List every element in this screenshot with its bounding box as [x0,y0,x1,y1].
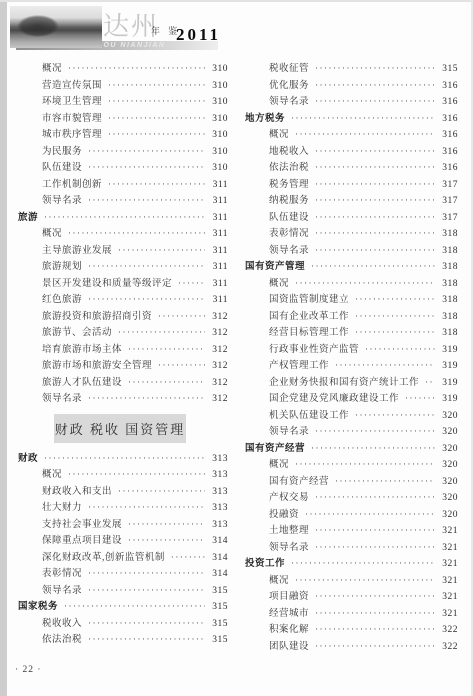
toc-entry-label: 旅游 [18,210,38,227]
dot-leader: ········································… [118,324,205,341]
toc-entry: 概况······································… [245,572,458,589]
dot-leader: ········································… [315,176,435,193]
toc-entry-page: 316 [438,160,458,177]
toc-entry-page: 312 [208,391,228,408]
page-header: DAZHOU NIANJIAN 达州 年 鉴 2011 [0,0,473,58]
toc-entry: 投融资·····································… [245,506,458,523]
toc-entry-label: 景区开发建设和质量等级评定 [42,276,172,293]
toc-entry: 土地整理····································… [245,522,458,539]
toc-entry-page: 312 [208,309,228,326]
dot-leader: ········································… [315,192,435,209]
dot-leader: ········································… [128,516,205,533]
toc-section-entry: 国有资产经营··································… [245,440,458,457]
toc-entry-label: 领导名录 [42,193,82,210]
dot-leader: ········································… [68,60,205,77]
toc-entry: 概况······································… [18,60,228,77]
dot-leader: ········································… [68,225,205,242]
toc-entry: 纳税服务····································… [245,192,458,209]
toc-entry-page: 319 [438,375,458,392]
toc-entry: 机关队伍建设工作································… [245,407,458,424]
toc-entry: 壮大财力····································… [18,499,228,516]
dot-leader: ········································… [291,555,435,572]
toc-entry-label: 依法治税 [42,632,82,649]
toc-entry: 经营城市····································… [245,605,458,622]
toc-entry-page: 321 [438,540,458,557]
toc-entry-label: 地税收入 [269,144,309,161]
toc-entry-label: 营造宣传氛围 [42,78,102,95]
toc-entry-page: 310 [208,61,228,78]
dot-leader: ········································… [88,499,205,516]
landscape-photo [10,6,102,48]
toc-entry-page: 315 [208,583,228,600]
toc-entry: 领导名录····································… [18,192,228,209]
toc-entry-label: 团队建设 [269,639,309,656]
toc-entry-label: 地方税务 [245,111,285,128]
toc-entry-label: 国有资产管理 [245,259,305,276]
toc-entry: 环境卫生管理··································… [18,93,228,110]
toc-entry: 旅游节、会活动·································… [18,324,228,341]
dot-leader: ········································… [295,126,435,143]
toc-entry: 城市秩序管理··································… [18,126,228,143]
toc-entry: 概况······································… [245,275,458,292]
toc-entry: 概况······································… [18,466,228,483]
toc-entry-page: 315 [208,616,228,633]
toc-entry: 领导名录····································… [245,242,458,259]
dot-leader: ········································… [128,532,205,549]
toc-entry-page: 321 [438,606,458,623]
toc-section-entry: 旅游······································… [18,209,228,226]
dot-leader: ········································… [88,390,205,407]
dot-leader: ········································… [44,450,205,467]
toc-entry-label: 领导名录 [269,94,309,111]
toc-section-entry: 财政······································… [18,450,228,467]
toc-section-entry: 地方税务····································… [245,110,458,127]
dot-leader: ········································… [88,615,205,632]
toc-entry: 工作机制创新··································… [18,176,228,193]
toc-entry-page: 312 [208,358,228,375]
toc-entry-label: 工作机制创新 [42,177,102,194]
dot-leader: ········································… [315,621,435,638]
toc-entry-label: 概况 [42,226,62,243]
toc-entry: 国企党建及党风廉政建设工作···························… [245,390,458,407]
dot-leader: ········································… [108,93,205,110]
scan-left-edge [0,0,7,696]
toc-entry-page: 320 [438,457,458,474]
toc-entry-page: 317 [438,210,458,227]
toc-entry-page: 316 [438,94,458,111]
toc-entry: 为民服务····································… [18,143,228,160]
dot-leader: ········································… [315,93,435,110]
dot-leader: ········································… [118,483,205,500]
toc-entry-page: 321 [438,573,458,590]
dot-leader: ········································… [315,588,435,605]
toc-entry: 旅游市场和旅游安全管理·····························… [18,357,228,374]
toc-entry: 税收征管····································… [245,60,458,77]
toc-entry-label: 深化财政改革,创新监管机制 [42,550,165,567]
toc-entry-label: 机关队伍建设工作 [269,408,349,425]
toc-entry-label: 表彰情况 [269,226,309,243]
toc-section-entry: 国有资产管理··································… [245,258,458,275]
toc-entry-page: 320 [438,474,458,491]
toc-entry-page: 311 [208,292,228,309]
toc-entry: 市容市貌管理··································… [18,110,228,127]
toc-entry: 税务管理····································… [245,176,458,193]
dot-leader: ········································… [315,423,435,440]
toc-entry: 旅游投资和旅游招商引资·····························… [18,308,228,325]
toc-entry-page: 316 [438,78,458,95]
toc-entry: 国有资产经营··································… [245,473,458,490]
dot-leader: ········································… [425,374,435,391]
toc-entry-label: 旅游规划 [42,259,82,276]
toc-entry: 行政事业性资产监管·······························… [245,341,458,358]
toc-entry-page: 318 [438,325,458,342]
toc-entry-page: 311 [208,226,228,243]
toc-entry: 支持社会事业发展································… [18,516,228,533]
toc-entry-label: 国资监管制度建立 [269,292,349,309]
toc-entry-label: 队伍建设 [269,210,309,227]
toc-entry: 产权管理工作··································… [245,357,458,374]
dot-leader: ········································… [178,275,205,292]
toc-entry-label: 项目融资 [269,589,309,606]
dot-leader: ········································… [291,110,435,127]
toc-entry-label: 领导名录 [42,391,82,408]
toc-entry-page: 322 [438,639,458,656]
toc-entry: 培育旅游市场主体································… [18,341,228,358]
dot-leader: ········································… [44,209,205,226]
toc-entry-label: 国有资产经营 [245,441,305,458]
toc-entry: 优化服务····································… [245,77,458,94]
toc-entry-page: 319 [438,391,458,408]
toc-entry-page: 320 [438,424,458,441]
toc-entry-label: 壮大财力 [42,500,82,517]
dot-leader: ········································… [311,440,435,457]
toc-entry: 保障重点项目建设································… [18,532,228,549]
toc-entry-page: 311 [208,276,228,293]
toc-entry-label: 队伍建设 [42,160,82,177]
toc-entry-page: 319 [438,342,458,359]
toc-entry-page: 311 [208,259,228,276]
toc-entry-page: 316 [438,127,458,144]
toc-entry-page: 320 [438,490,458,507]
dot-leader: ········································… [335,473,435,490]
toc-entry-label: 城市秩序管理 [42,127,102,144]
toc-entry-page: 312 [208,375,228,392]
toc-entry-label: 领导名录 [269,424,309,441]
toc-entry-page: 315 [208,599,228,616]
toc-entry-page: 319 [438,358,458,375]
toc-entry-label: 旅游市场和旅游安全管理 [42,358,152,375]
toc-entry-page: 322 [438,622,458,639]
toc-entry-label: 概况 [42,467,62,484]
toc-entry-page: 312 [208,342,228,359]
toc-entry-label: 概况 [42,61,62,78]
toc-column-left: 概况······································… [18,60,228,648]
toc-entry: 税收收入····································… [18,615,228,632]
toc-entry-page: 321 [438,523,458,540]
toc-entry-label: 税收征管 [269,61,309,78]
toc-entry-label: 土地整理 [269,523,309,540]
dot-leader: ········································… [88,192,205,209]
toc-entry-label: 行政事业性资产监管 [269,342,359,359]
toc-entry-label: 领导名录 [269,243,309,260]
toc-entry: 国资监管制度建立································… [245,291,458,308]
dot-leader: ········································… [315,242,435,259]
dot-leader: ········································… [355,407,435,424]
toc-entry-page: 310 [208,111,228,128]
toc-entry: 经营目标管理工作································… [245,324,458,341]
toc-entry-label: 企业财务快报和国有资产统计工作 [269,375,419,392]
toc-entry-label: 依法治税 [269,160,309,177]
toc-entry-page: 313 [208,500,228,517]
toc-entry-label: 表彰情况 [42,566,82,583]
dot-leader: ········································… [315,209,435,226]
dot-leader: ········································… [88,565,205,582]
toc-entry-label: 经营目标管理工作 [269,325,349,342]
toc-entry-page: 318 [438,259,458,276]
dot-leader: ········································… [88,582,205,599]
toc-entry-label: 概况 [269,573,289,590]
toc-entry-page: 321 [438,589,458,606]
toc-entry: 旅游人才队伍建设································… [18,374,228,391]
dot-leader: ········································… [315,77,435,94]
toc-entry: 国有企业改革工作································… [245,308,458,325]
toc-entry-page: 318 [438,276,458,293]
dot-leader: ········································… [295,572,435,589]
yearbook-toc-page: DAZHOU NIANJIAN 达州 年 鉴 2011 概况··········… [0,0,473,696]
toc-entry: 营造宣传氛围··································… [18,77,228,94]
toc-entry: 项目融资····································… [245,588,458,605]
part-banner: 财政 税收 国资管理 [54,414,186,443]
dot-leader: ········································… [365,341,435,358]
toc-entry-label: 财政收入和支出 [42,484,112,501]
toc-entry-page: 310 [208,127,228,144]
toc-entry-page: 320 [438,507,458,524]
toc-entry-label: 主导旅游业发展 [42,243,112,260]
toc-section-entry: 国家税务····································… [18,598,228,615]
dot-leader: ········································… [305,506,435,523]
dot-leader: ········································… [295,275,435,292]
toc-entry-label: 投资工作 [245,556,285,573]
dot-leader: ········································… [315,489,435,506]
dot-leader: ········································… [118,242,205,259]
dot-leader: ········································… [64,598,205,615]
dot-leader: ········································… [315,225,435,242]
dot-leader: ········································… [88,291,205,308]
dot-leader: ········································… [108,126,205,143]
toc-entry: 地税收入····································… [245,143,458,160]
toc-entry-page: 310 [208,160,228,177]
dot-leader: ········································… [405,390,435,407]
toc-entry: 表彰情况····································… [18,565,228,582]
toc-entry-page: 311 [208,177,228,194]
toc-entry-page: 315 [208,632,228,649]
dot-leader: ········································… [88,159,205,176]
toc-entry-page: 318 [438,309,458,326]
toc-entry: 领导名录····································… [18,390,228,407]
toc-entry: 旅游规划····································… [18,258,228,275]
dot-leader: ········································… [315,638,435,655]
toc-entry-page: 312 [208,325,228,342]
toc-entry-label: 税收收入 [42,616,82,633]
toc-entry-page: 317 [438,193,458,210]
toc-entry-page: 318 [438,243,458,260]
toc-entry-label: 积案化解 [269,622,309,639]
toc-entry-page: 316 [438,144,458,161]
toc-entry-label: 国有企业改革工作 [269,309,349,326]
toc-entry-page: 311 [208,243,228,260]
toc-entry-page: 320 [438,408,458,425]
toc-entry-label: 产权交易 [269,490,309,507]
toc-entry: 概况······································… [245,126,458,143]
dot-leader: ········································… [68,466,205,483]
toc-entry-label: 概况 [269,276,289,293]
dot-leader: ········································… [295,456,435,473]
toc-entry-page: 310 [208,94,228,111]
dot-leader: ········································… [355,291,435,308]
toc-entry-label: 经营城市 [269,606,309,623]
dot-leader: ········································… [108,110,205,127]
toc-entry-label: 旅游节、会活动 [42,325,112,342]
toc-entry: 积案化解····································… [245,621,458,638]
dot-leader: ········································… [315,159,435,176]
toc-section-entry: 投资工作····································… [245,555,458,572]
toc-entry: 主导旅游业发展·································… [18,242,228,259]
toc-entry: 队伍建设····································… [18,159,228,176]
toc-entry-page: 314 [208,566,228,583]
toc-entry: 领导名录····································… [18,582,228,599]
toc-entry-page: 313 [208,484,228,501]
part-banner-label: 财政 税收 国资管理 [55,419,186,438]
toc-entry-page: 313 [208,451,228,468]
toc-entry: 深化财政改革,创新监管机制···························… [18,549,228,566]
toc-column-right: 税收征管····································… [245,60,458,654]
dot-leader: ········································… [108,77,205,94]
toc-entry-page: 310 [208,144,228,161]
toc-entry-page: 321 [438,556,458,573]
toc-entry-label: 产权管理工作 [269,358,329,375]
toc-entry-label: 红色旅游 [42,292,82,309]
toc-entry-page: 310 [208,78,228,95]
yearbook-year: 2011 [176,25,221,45]
dot-leader: ········································… [171,549,205,566]
toc-entry-label: 投融资 [269,507,299,524]
toc-entry-page: 311 [208,193,228,210]
toc-entry-page: 318 [438,292,458,309]
toc-entry: 企业财务快报和国有资产统计工作·························… [245,374,458,391]
toc-entry: 景区开发建设和质量等级评定···························… [18,275,228,292]
toc-entry-label: 财政 [18,451,38,468]
toc-entry-label: 支持社会事业发展 [42,517,122,534]
dot-leader: ········································… [128,341,205,358]
dot-leader: ········································… [315,522,435,539]
toc-entry-label: 环境卫生管理 [42,94,102,111]
toc-entry-page: 313 [208,517,228,534]
dot-leader: ········································… [311,258,435,275]
toc-entry: 依法治税····································… [18,631,228,648]
toc-entry-label: 税务管理 [269,177,309,194]
toc-entry: 领导名录····································… [245,93,458,110]
dot-leader: ········································… [158,357,205,374]
dot-leader: ········································… [355,308,435,325]
toc-entry-label: 国家税务 [18,599,58,616]
toc-entry-page: 315 [438,61,458,78]
toc-entry-label: 领导名录 [42,583,82,600]
dot-leader: ········································… [158,308,205,325]
toc-entry-label: 市容市貌管理 [42,111,102,128]
toc-entry-label: 纳税服务 [269,193,309,210]
toc-entry-label: 保障重点项目建设 [42,533,122,550]
toc-entry-label: 国企党建及党风廉政建设工作 [269,391,399,408]
toc-entry-label: 国有资产经营 [269,474,329,491]
toc-entry: 概况······································… [245,456,458,473]
toc-entry-label: 旅游人才队伍建设 [42,375,122,392]
dot-leader: ········································… [315,60,435,77]
toc-entry-page: 316 [438,111,458,128]
toc-entry: 领导名录····································… [245,423,458,440]
dot-leader: ········································… [335,357,435,374]
folio-page-number: · 22 · [15,665,42,675]
toc-entry-page: 318 [438,226,458,243]
toc-entry: 产权交易····································… [245,489,458,506]
toc-entry: 概况······································… [18,225,228,242]
dot-leader: ········································… [108,176,205,193]
toc-entry: 团队建设····································… [245,638,458,655]
toc-entry: 财政收入和支出·································… [18,483,228,500]
toc-entry-label: 领导名录 [269,540,309,557]
toc-entry-page: 317 [438,177,458,194]
toc-entry-label: 为民服务 [42,144,82,161]
toc-entry-page: 314 [208,533,228,550]
dot-leader: ········································… [315,605,435,622]
toc-entry-label: 旅游投资和旅游招商引资 [42,309,152,326]
toc-entry-label: 培育旅游市场主体 [42,342,122,359]
dot-leader: ········································… [128,374,205,391]
dot-leader: ········································… [88,143,205,160]
dot-leader: ········································… [88,258,205,275]
toc-entry-label: 概况 [269,127,289,144]
toc-entry-page: 311 [208,210,228,227]
toc-entry: 依法治税····································… [245,159,458,176]
toc-entry-label: 优化服务 [269,78,309,95]
dot-leader: ········································… [355,324,435,341]
dot-leader: ········································… [88,631,205,648]
toc-entry: 队伍建设····································… [245,209,458,226]
toc-entry-label: 概况 [269,457,289,474]
toc-entry-page: 313 [208,467,228,484]
dot-leader: ········································… [315,539,435,556]
toc-entry-page: 314 [208,550,228,567]
toc-entry-page: 320 [438,441,458,458]
toc-entry: 表彰情况····································… [245,225,458,242]
dot-leader: ········································… [315,143,435,160]
toc-entry: 领导名录····································… [245,539,458,556]
toc-entry: 红色旅游····································… [18,291,228,308]
